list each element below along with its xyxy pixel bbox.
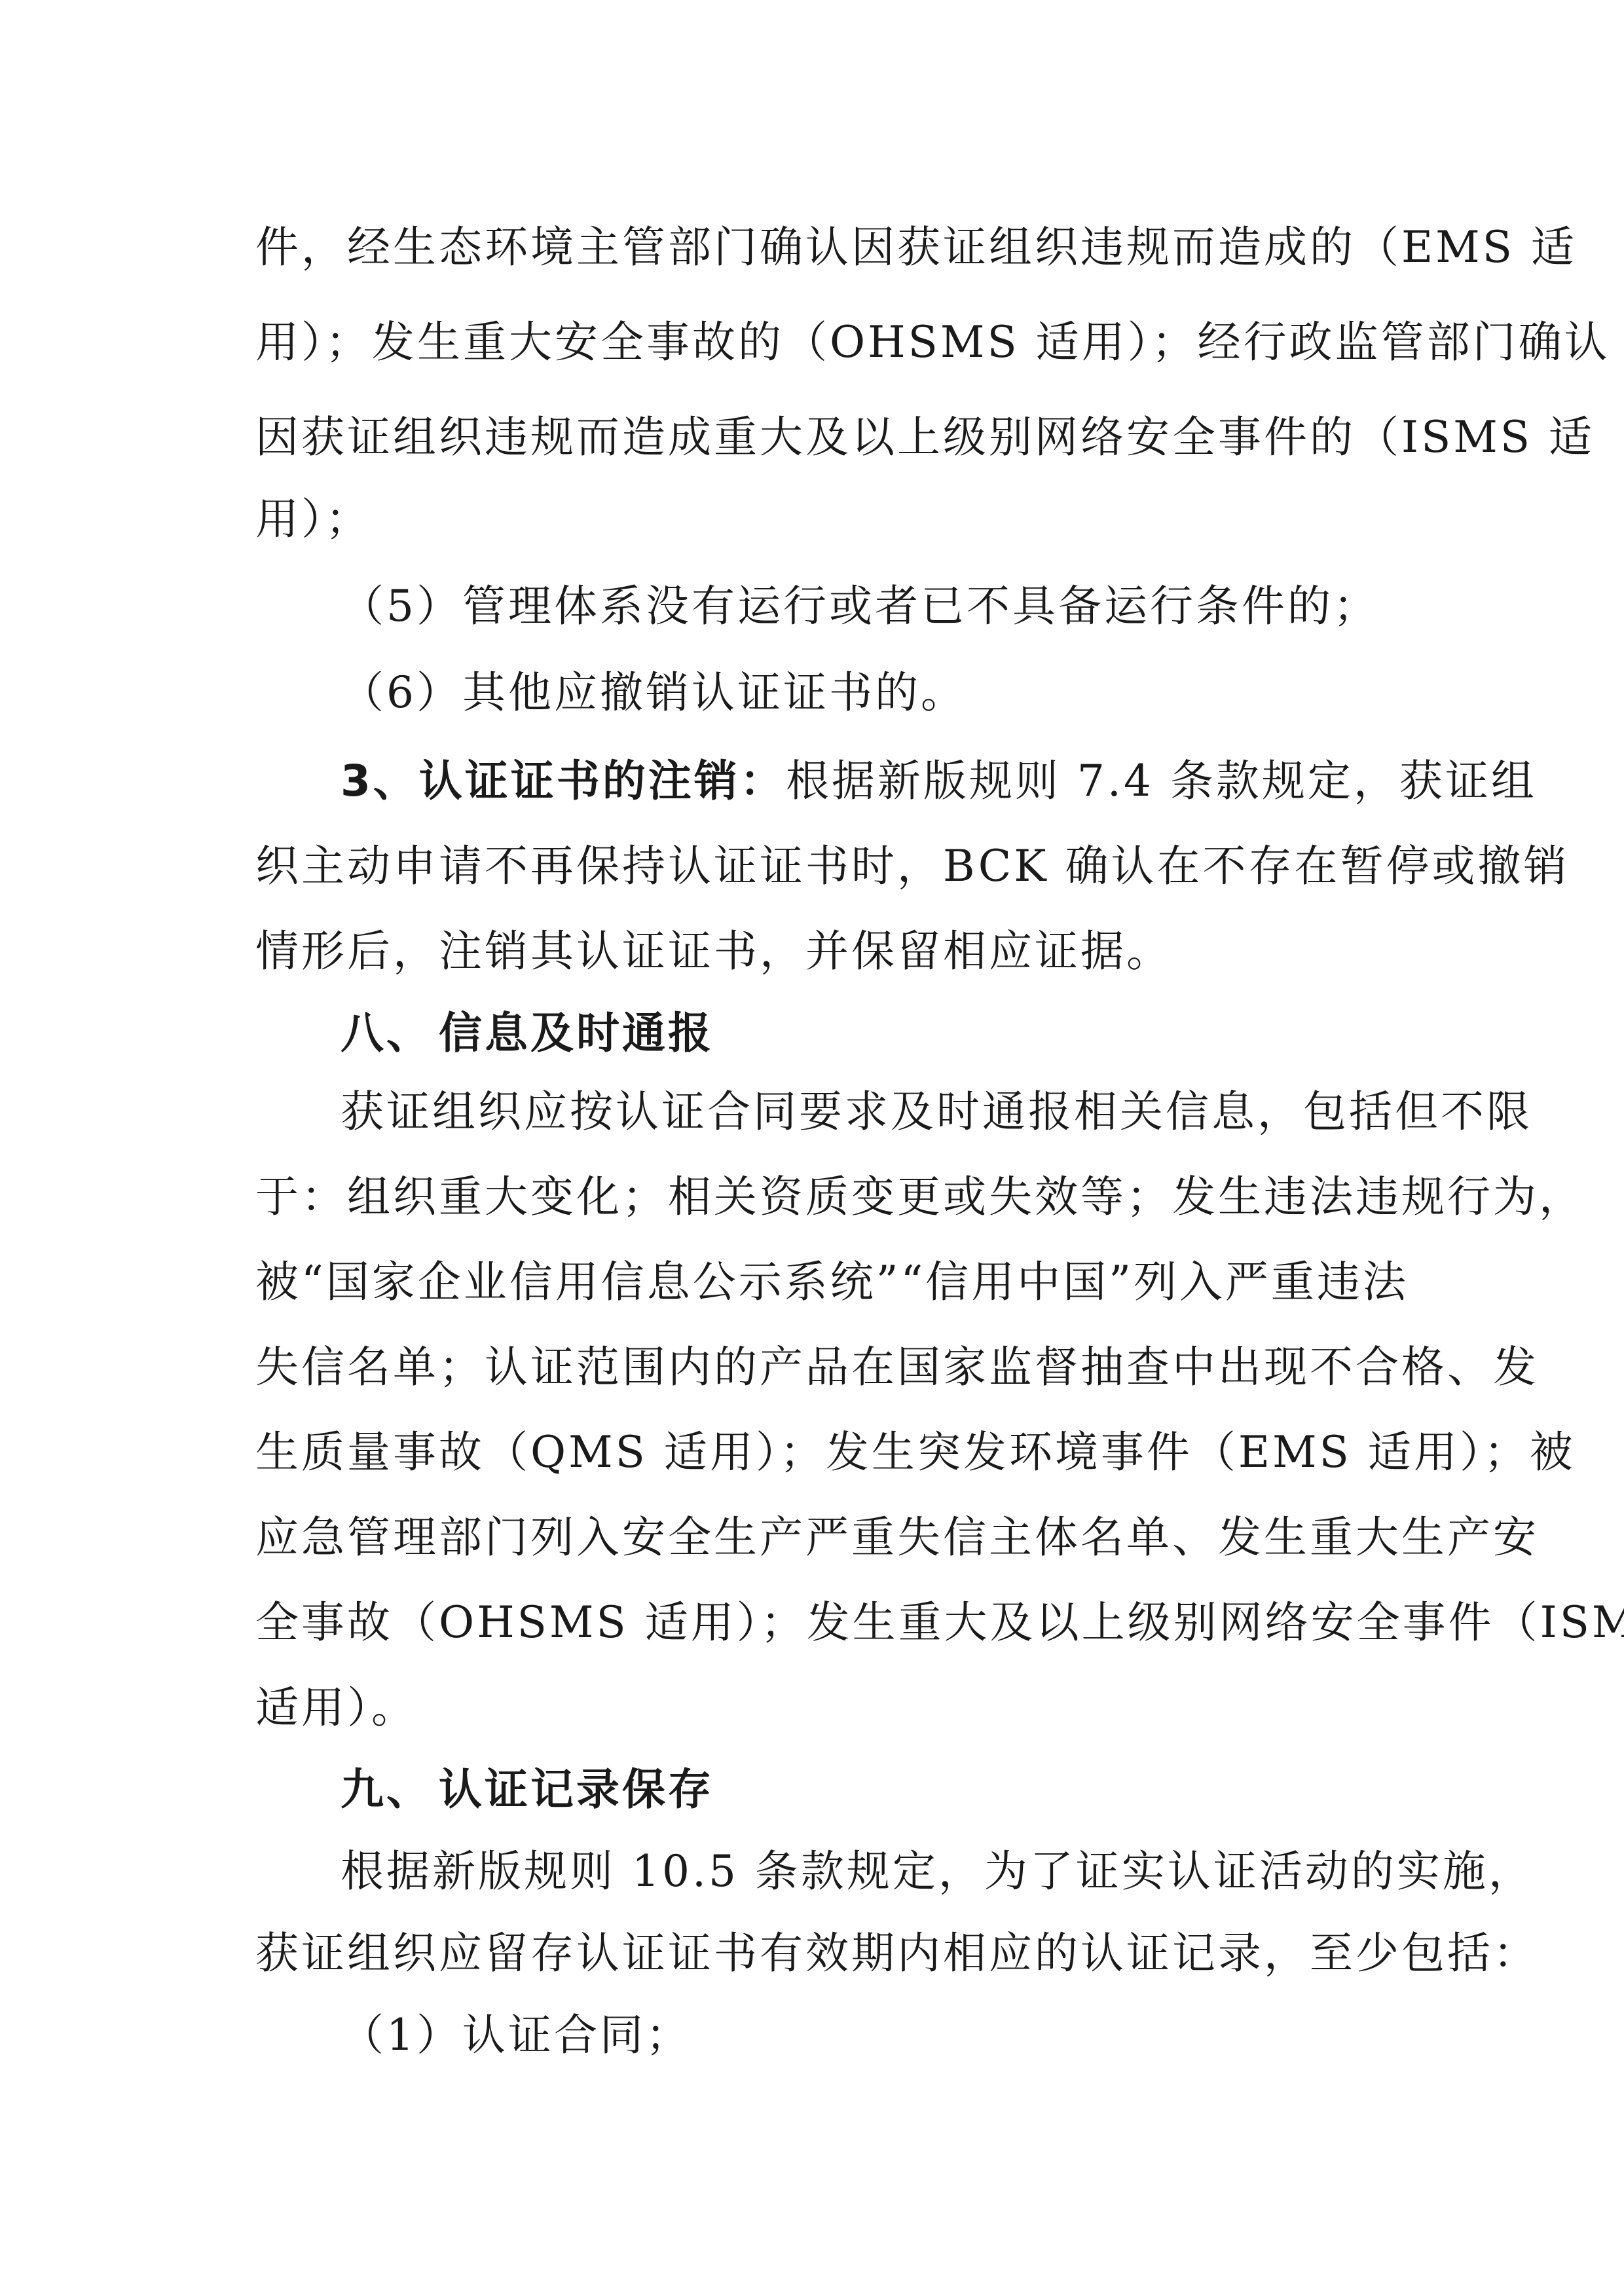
paragraph-line: 于：组织重大变化；相关资质变更或失效等；发生违法违规行为， [255,1176,1401,1219]
section-3-first-line: 3、认证证书的注销：根据新版规则 7.4 条款规定，获证组 [341,760,1401,803]
section-8-number: 八、 [341,1012,439,1055]
section-8-heading: 八、信息及时通报 [341,1012,714,1055]
paragraph-line: 生质量事故（QMS 适用）；发生突发环境事件（EMS 适用）；被 [255,1431,1401,1474]
paragraph-line: 织主动申请不再保持认证证书时，BCK 确认在不存在暂停或撤销 [255,845,1401,888]
paragraph-line: 应急管理部门列入安全生产严重失信主体名单、发生重大生产安 [255,1516,1401,1559]
section-9-number: 九、 [341,1768,439,1811]
section-3-text: 根据新版规则 7.4 条款规定，获证组 [786,756,1537,806]
paragraph-line: 全事故（OHSMS 适用）；发生重大及以上级别网络安全事件（ISMS [255,1601,1401,1644]
paragraph-line: 适用）。 [255,1686,1401,1730]
paragraph-line: 情形后，注销其认证证书，并保留相应证据。 [255,930,1401,973]
section-8-title: 信息及时通报 [439,1008,714,1058]
list-item: （6）其他应撤销认证证书的。 [341,671,1401,714]
list-item: （1）认证合同； [341,2014,1401,2057]
section-3-title: 3、认证证书的注销： [341,756,786,806]
document-page: 件，经生态环境主管部门确认因获证组织违规而造成的（EMS 适 用）；发生重大安全… [0,0,1624,2296]
paragraph-line: 根据新版规则 10.5 条款规定，为了证实认证活动的实施， [341,1850,1401,1893]
paragraph-line: 件，经生态环境主管部门确认因获证组织违规而造成的（EMS 适 [255,226,1401,269]
list-item: （5）管理体系没有运行或者已不具备运行条件的； [341,585,1401,628]
paragraph-line: 被“国家企业信用信息公示系统”“信用中国”列入严重违法 [255,1261,1401,1304]
paragraph-line: 因获证组织违规而造成重大及以上级别网络安全事件的（ISMS 适 [255,416,1401,459]
section-9-title: 认证记录保存 [439,1764,714,1815]
paragraph-line: 获证组织应留存认证证书有效期内相应的认证记录，至少包括： [255,1932,1401,1975]
paragraph-line: 用）； [255,498,1401,541]
paragraph-line: 获证组织应按认证合同要求及时通报相关信息，包括但不限 [341,1090,1401,1134]
section-9-heading: 九、认证记录保存 [341,1768,714,1811]
paragraph-line: 用）；发生重大安全事故的（OHSMS 适用）；经行政监管部门确认 [255,321,1401,364]
paragraph-line: 失信名单；认证范围内的产品在国家监督抽查中出现不合格、发 [255,1346,1401,1389]
